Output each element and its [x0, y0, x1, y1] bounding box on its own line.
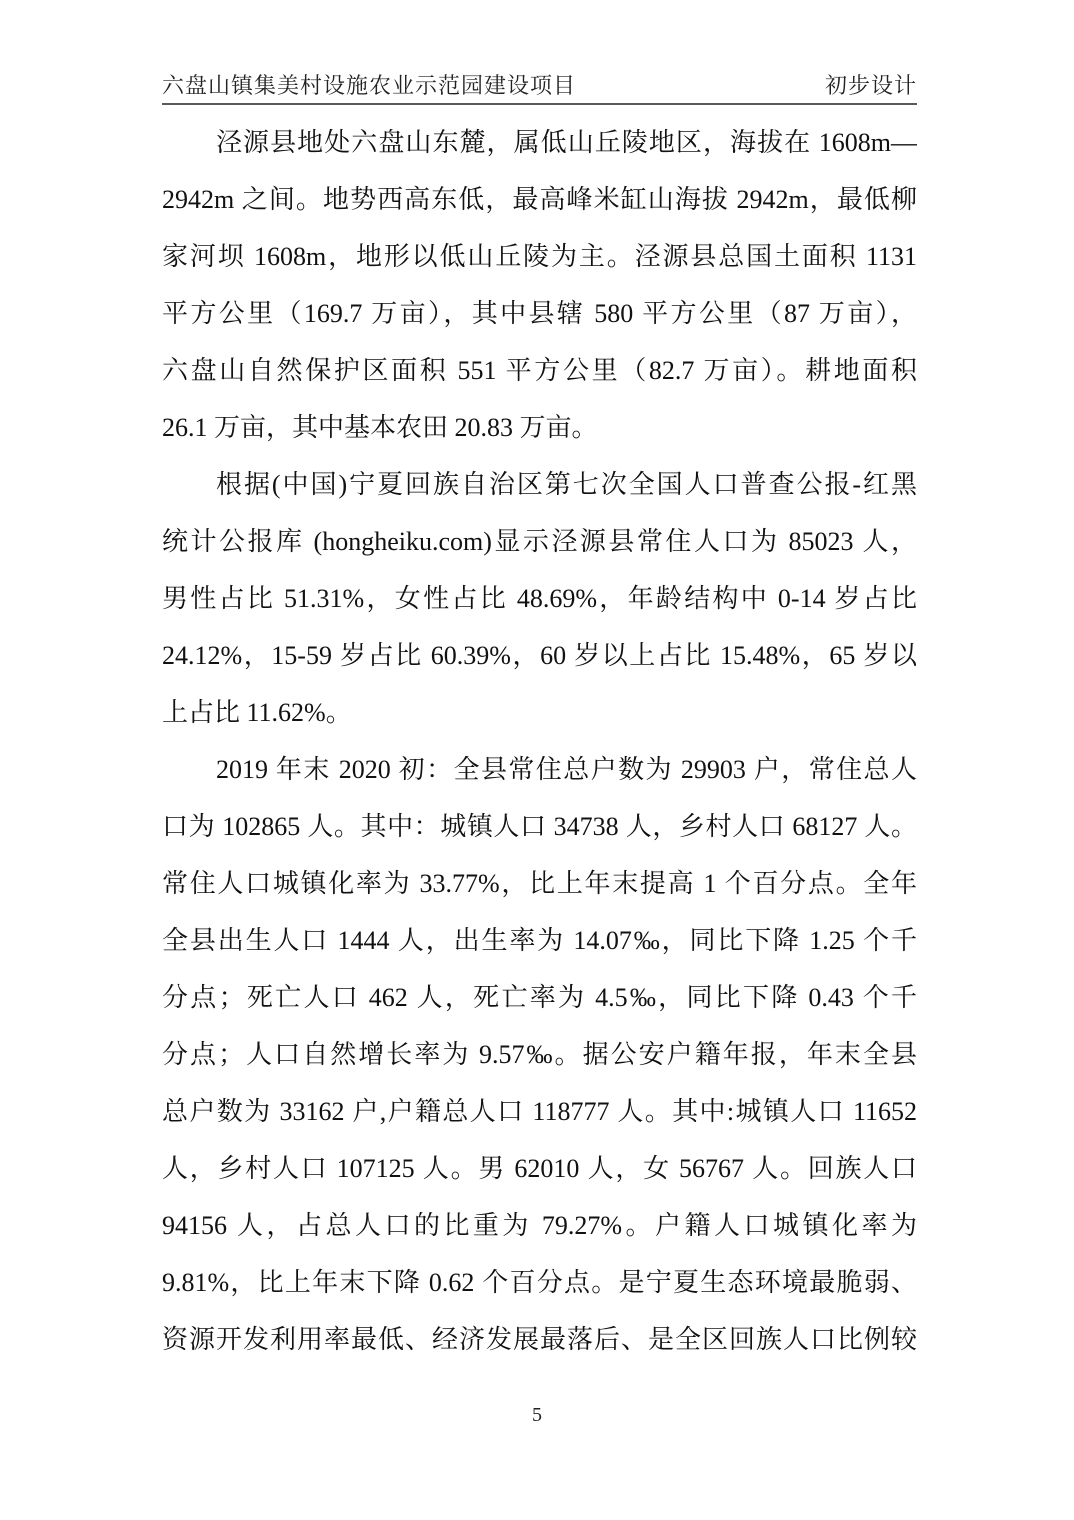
text-line: 2019 年末 2020 初：全县常住总户数为 29903 户，常住总人 — [162, 741, 917, 798]
text-line: 26.1 万亩，其中基本农田 20.83 万亩。 — [162, 399, 917, 456]
text-line: 9.81%，比上年末下降 0.62 个百分点。是宁夏生态环境最脆弱、 — [162, 1254, 917, 1311]
text-line: 根据(中国)宁夏回族自治区第七次全国人口普查公报-红黑 — [162, 456, 917, 513]
page-number: 5 — [532, 1404, 542, 1426]
text-line: 上占比 11.62%。 — [162, 684, 917, 741]
text-line: 统计公报库 (hongheiku.com)显示泾源县常住人口为 85023 人， — [162, 513, 917, 570]
text-line: 总户数为 33162 户,户籍总人口 118777 人。其中:城镇人口 1165… — [162, 1083, 917, 1140]
page-footer: 5 — [0, 1404, 1074, 1427]
paragraph: 泾源县地处六盘山东麓，属低山丘陵地区，海拔在 1608m—2942m 之间。地势… — [162, 114, 917, 456]
paragraph: 根据(中国)宁夏回族自治区第七次全国人口普查公报-红黑统计公报库 (honghe… — [162, 456, 917, 741]
text-line: 人，乡村人口 107125 人。男 62010 人，女 56767 人。回族人口 — [162, 1140, 917, 1197]
text-line: 分点；死亡人口 462 人，死亡率为 4.5‰，同比下降 0.43 个千 — [162, 969, 917, 1026]
text-line: 家河坝 1608m，地形以低山丘陵为主。泾源县总国土面积 1131 — [162, 228, 917, 285]
text-line: 资源开发利用率最低、经济发展最落后、是全区回族人口比例较 — [162, 1311, 917, 1368]
header-project-title: 六盘山镇集美村设施农业示范园建设项目 — [162, 74, 576, 98]
document-page: 六盘山镇集美村设施农业示范园建设项目 初步设计 泾源县地处六盘山东麓，属低山丘陵… — [0, 0, 1074, 1520]
text-line: 24.12%，15-59 岁占比 60.39%，60 岁以上占比 15.48%，… — [162, 627, 917, 684]
text-line: 平方公里（169.7 万亩），其中县辖 580 平方公里（87 万亩）， — [162, 285, 917, 342]
text-line: 口为 102865 人。其中：城镇人口 34738 人，乡村人口 68127 人… — [162, 798, 917, 855]
document-body: 泾源县地处六盘山东麓，属低山丘陵地区，海拔在 1608m—2942m 之间。地势… — [162, 114, 917, 1368]
paragraph: 2019 年末 2020 初：全县常住总户数为 29903 户，常住总人口为 1… — [162, 741, 917, 1368]
text-line: 常住人口城镇化率为 33.77%，比上年末提高 1 个百分点。全年 — [162, 855, 917, 912]
text-line: 分点；人口自然增长率为 9.57‰。据公安户籍年报，年末全县 — [162, 1026, 917, 1083]
text-line: 94156 人，占总人口的比重为 79.27%。户籍人口城镇化率为 — [162, 1197, 917, 1254]
text-line: 男性占比 51.31%，女性占比 48.69%，年龄结构中 0-14 岁占比 — [162, 570, 917, 627]
text-line: 六盘山自然保护区面积 551 平方公里（82.7 万亩）。耕地面积 — [162, 342, 917, 399]
text-line: 泾源县地处六盘山东麓，属低山丘陵地区，海拔在 1608m— — [162, 114, 917, 171]
header-doc-type: 初步设计 — [825, 74, 917, 98]
text-line: 2942m 之间。地势西高东低，最高峰米缸山海拔 2942m，最低柳 — [162, 171, 917, 228]
text-line: 全县出生人口 1444 人，出生率为 14.07‰，同比下降 1.25 个千 — [162, 912, 917, 969]
page-header: 六盘山镇集美村设施农业示范园建设项目 初步设计 — [162, 74, 917, 105]
